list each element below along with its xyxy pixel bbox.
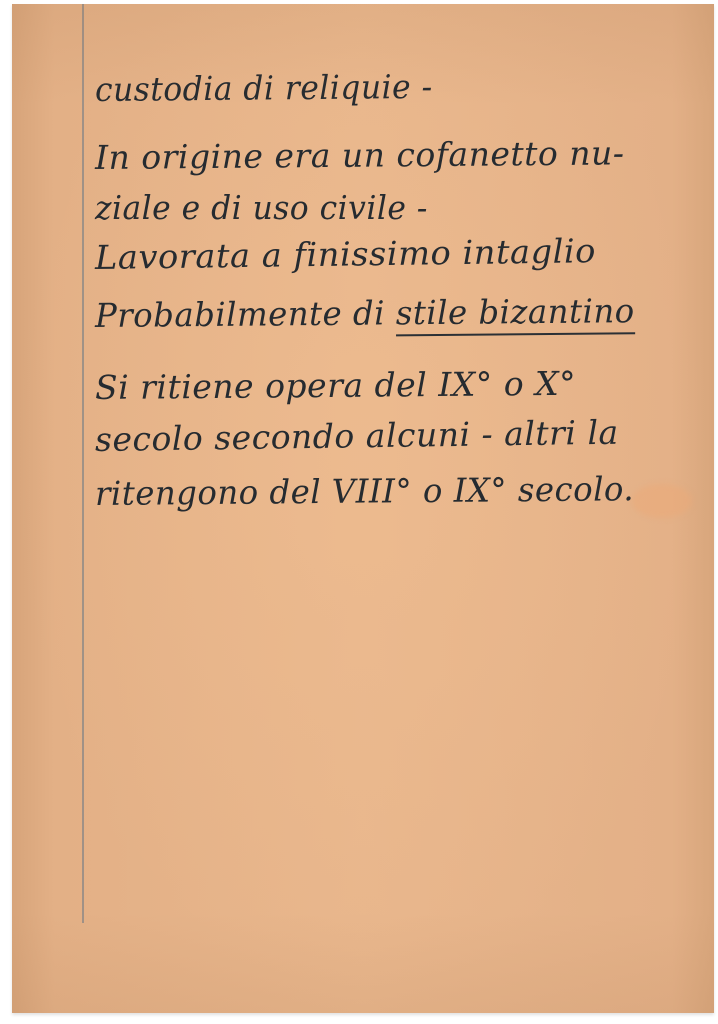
text-line-7: secolo secondo alcuni - altri la xyxy=(95,413,619,459)
text-line-6: Si ritiene opera del IX° o X° xyxy=(95,364,576,407)
paper-stain xyxy=(632,484,692,518)
text-line-8: ritengono del VIII° o IX° secolo. xyxy=(95,469,634,513)
text-line-5: Probabilmente di stile bizantino xyxy=(95,291,635,335)
paper-sheet: custodia di reliquie - In origine era un… xyxy=(12,4,714,1013)
margin-rule xyxy=(82,4,84,923)
text-line-4: Lavorata a finissimo intaglio xyxy=(95,231,596,277)
text-line-2: In origine era un cofanetto nu- xyxy=(95,133,625,177)
text-line-3: ziale e di uso civile - xyxy=(95,188,428,227)
text-line-5-prefix: Probabilmente di xyxy=(95,293,396,335)
underlined-phrase: stile bizantino xyxy=(396,291,635,336)
text-line-1: custodia di reliquie - xyxy=(95,67,433,109)
